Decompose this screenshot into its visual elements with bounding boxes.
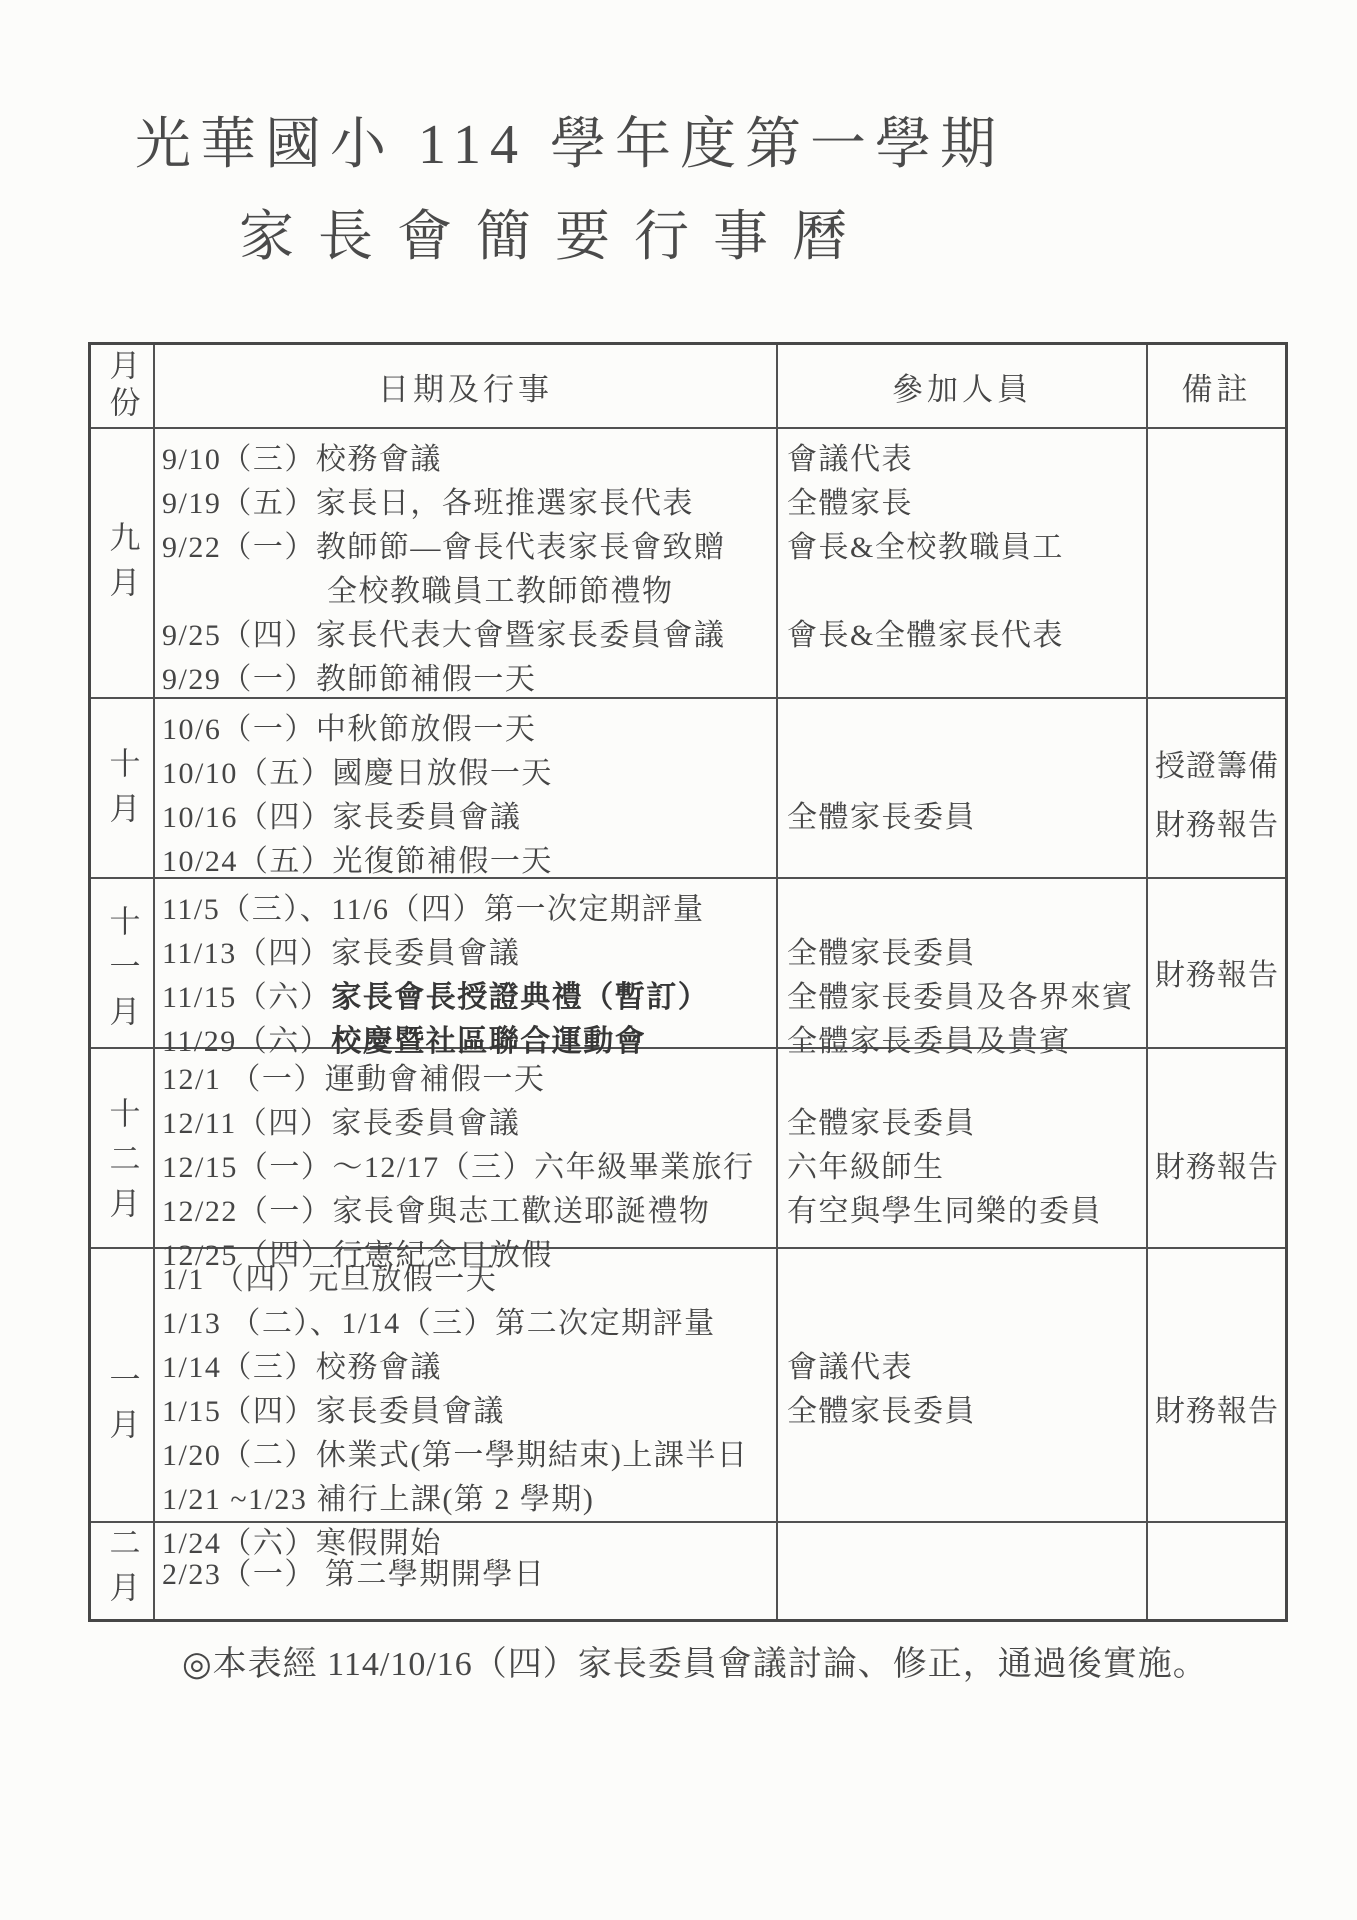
document-subtitle: 家長會簡要行事曆 xyxy=(155,192,955,271)
events-cell: 12/1 （一）運動會補假一天12/11（四）家長委員會議12/15（一）～12… xyxy=(153,1049,776,1279)
event-text: 9/10（三）校務會議 xyxy=(162,434,442,478)
events-cell: 1/1 （四）元旦放假一天1/13 （二）、1/14（三）第二次定期評量1/14… xyxy=(153,1249,776,1567)
event-line: 9/25（四）家長代表大會暨家長委員會議 xyxy=(155,610,776,654)
event-line: 1/13 （二）、1/14（三）第二次定期評量 xyxy=(155,1298,776,1342)
table-row: 十二月12/1 （一）運動會補假一天12/11（四）家長委員會議12/15（一）… xyxy=(91,1047,1285,1247)
event-line: 1/14（三）校務會議 xyxy=(155,1342,776,1386)
participant-line: 全體家長委員 xyxy=(778,928,1146,972)
event-text: 9/19（五）家長日，各班推選家長代表 xyxy=(162,478,694,522)
participant-line xyxy=(778,1254,1146,1298)
header-participants: 參加人員 xyxy=(776,345,1146,427)
month-cell: 九月 xyxy=(91,429,153,703)
remark-line: 財務報告 xyxy=(1155,800,1279,844)
scanned-document-page: 光華國小 114 學年度第一學期 家長會簡要行事曆 月份 日期及行事 參加人員 … xyxy=(0,0,1357,1920)
event-line: 2/23（一） 第二學期開學日 xyxy=(155,1528,776,1614)
header-remarks: 備註 xyxy=(1146,345,1285,427)
month-label: 九月 xyxy=(100,521,145,611)
events-cell: 11/5（三）、11/6（四）第一次定期評量11/13（四）家長委員會議11/1… xyxy=(153,879,776,1065)
event-text: 11/15（六） xyxy=(162,972,331,1016)
events-cell: 2/23（一） 第二學期開學日 xyxy=(153,1523,776,1619)
table-row: 九月9/10（三）校務會議9/19（五）家長日，各班推選家長代表9/22（一）教… xyxy=(91,427,1285,697)
event-line: 1/21 ~1/23 補行上課(第 2 學期) xyxy=(155,1474,776,1518)
participant-line: 會長&全校教職員工 xyxy=(778,522,1146,566)
month-cell: 一月 xyxy=(91,1249,153,1567)
remark-line: 財務報告 xyxy=(1155,1142,1279,1186)
participant-line xyxy=(778,654,1146,698)
calendar-table: 月份 日期及行事 參加人員 備註 九月9/10（三）校務會議9/19（五）家長日… xyxy=(88,342,1288,1622)
participants-cell: 全體家長委員 xyxy=(776,699,1146,885)
month-cell: 十月 xyxy=(91,699,153,885)
participant-line: 全體家長委員 xyxy=(778,1386,1146,1430)
remarks-cell: 財務報告 xyxy=(1146,879,1285,1065)
event-line: 9/10（三）校務會議 xyxy=(155,434,776,478)
event-text: 2/23（一） 第二學期開學日 xyxy=(162,1549,545,1593)
document-title: 光華國小 114 學年度第一學期 xyxy=(110,100,1030,180)
participant-line xyxy=(778,1298,1146,1342)
remarks-cell: 財務報告 xyxy=(1146,1249,1285,1567)
participant-line: 全體家長委員及各界來賓 xyxy=(778,972,1146,1016)
participant-line xyxy=(778,1430,1146,1474)
event-line: 11/5（三）、11/6（四）第一次定期評量 xyxy=(155,884,776,928)
month-label: 二月 xyxy=(100,1526,145,1616)
event-text-bold: 家長會長授證典禮（暫訂） xyxy=(331,972,709,1016)
event-text: 10/24（五）光復節補假一天 xyxy=(162,836,553,880)
remarks-cell xyxy=(1146,1523,1285,1619)
event-line: 12/11（四）家長委員會議 xyxy=(155,1098,776,1142)
event-text: 1/15（四）家長委員會議 xyxy=(162,1386,505,1430)
event-line: 1/20（二）休業式(第一學期結束)上課半日 xyxy=(155,1430,776,1474)
event-line: 11/15（六）家長會長授證典禮（暫訂） xyxy=(155,972,776,1016)
table-row: 一月1/1 （四）元旦放假一天1/13 （二）、1/14（三）第二次定期評量1/… xyxy=(91,1247,1285,1521)
event-line: 12/1 （一）運動會補假一天 xyxy=(155,1054,776,1098)
header-month: 月份 xyxy=(91,345,153,427)
remarks-cell: 財務報告 xyxy=(1146,1049,1285,1279)
event-line: 9/22（一）教師節—會長代表家長會致贈 xyxy=(155,522,776,566)
event-text: 10/6（一）中秋節放假一天 xyxy=(162,704,536,748)
participants-cell: 全體家長委員全體家長委員及各界來賓全體家長委員及貴賓 xyxy=(776,879,1146,1065)
event-text: 10/16（四）家長委員會議 xyxy=(162,792,521,836)
participants-cell: 全體家長委員六年級師生有空與學生同樂的委員 xyxy=(776,1049,1146,1279)
event-line: 12/22（一）家長會與志工歡送耶誕禮物 xyxy=(155,1186,776,1230)
event-text: 11/5（三）、11/6（四）第一次定期評量 xyxy=(162,884,704,928)
event-text: 12/11（四）家長委員會議 xyxy=(162,1098,520,1142)
table-header-row: 月份 日期及行事 參加人員 備註 xyxy=(91,345,1285,427)
events-cell: 9/10（三）校務會議9/19（五）家長日，各班推選家長代表9/22（一）教師節… xyxy=(153,429,776,703)
events-cell: 10/6（一）中秋節放假一天10/10（五）國慶日放假一天10/16（四）家長委… xyxy=(153,699,776,885)
event-line: 9/29（一）教師節補假一天 xyxy=(155,654,776,698)
table-row: 二月2/23（一） 第二學期開學日 xyxy=(91,1521,1285,1619)
event-line: 12/15（一）～12/17（三）六年級畢業旅行 xyxy=(155,1142,776,1186)
month-cell: 十一月 xyxy=(91,879,153,1065)
event-text: 9/25（四）家長代表大會暨家長委員會議 xyxy=(162,610,725,654)
event-text: 1/1 （四）元旦放假一天 xyxy=(162,1254,497,1298)
event-text: 1/13 （二）、1/14（三）第二次定期評量 xyxy=(162,1298,716,1342)
participant-line xyxy=(778,566,1146,610)
participants-cell: 會議代表全體家長委員 xyxy=(776,1249,1146,1567)
participant-line xyxy=(778,1054,1146,1098)
event-text: 全校教職員工教師節禮物 xyxy=(327,566,674,610)
event-text: 1/20（二）休業式(第一學期結束)上課半日 xyxy=(162,1430,748,1474)
event-line: 1/1 （四）元旦放假一天 xyxy=(155,1254,776,1298)
event-text: 12/1 （一）運動會補假一天 xyxy=(162,1054,545,1098)
event-line: 1/15（四）家長委員會議 xyxy=(155,1386,776,1430)
participants-cell xyxy=(776,1523,1146,1619)
event-text: 12/22（一）家長會與志工歡送耶誕禮物 xyxy=(162,1186,710,1230)
remark-line: 財務報告 xyxy=(1155,950,1279,994)
month-label: 十月 xyxy=(100,747,145,837)
event-text: 11/13（四）家長委員會議 xyxy=(162,928,520,972)
participants-cell: 會議代表全體家長會長&全校教職員工會長&全體家長代表 xyxy=(776,429,1146,703)
month-label: 十一月 xyxy=(100,905,145,1040)
event-line: 全校教職員工教師節禮物 xyxy=(155,566,776,610)
header-events: 日期及行事 xyxy=(153,345,776,427)
remarks-cell: 授證籌備財務報告 xyxy=(1146,699,1285,885)
remark-line: 授證籌備 xyxy=(1155,741,1279,785)
month-label: 一月 xyxy=(100,1363,145,1453)
event-text: 9/29（一）教師節補假一天 xyxy=(162,654,536,698)
event-text: 1/14（三）校務會議 xyxy=(162,1342,442,1386)
event-line: 10/6（一）中秋節放假一天 xyxy=(155,704,776,748)
participant-line xyxy=(778,704,1146,748)
participant-line: 會議代表 xyxy=(778,1342,1146,1386)
month-cell: 二月 xyxy=(91,1523,153,1619)
participant-line: 全體家長委員 xyxy=(778,792,1146,836)
month-cell: 十二月 xyxy=(91,1049,153,1279)
remarks-cell xyxy=(1146,429,1285,703)
event-line: 11/13（四）家長委員會議 xyxy=(155,928,776,972)
participant-line: 全體家長委員 xyxy=(778,1098,1146,1142)
participant-line xyxy=(778,1528,1146,1614)
event-text: 10/10（五）國慶日放假一天 xyxy=(162,748,553,792)
month-label: 十二月 xyxy=(100,1097,145,1232)
participant-line xyxy=(778,836,1146,880)
footer-note: ◎本表經 114/10/16（四）家長委員會議討論、修正，通過後實施。 xyxy=(182,1636,1208,1685)
participant-line xyxy=(778,748,1146,792)
remark-line: 財務報告 xyxy=(1155,1386,1279,1430)
table-row: 十一月11/5（三）、11/6（四）第一次定期評量11/13（四）家長委員會議1… xyxy=(91,877,1285,1047)
event-text: 9/22（一）教師節—會長代表家長會致贈 xyxy=(162,522,725,566)
event-line: 10/24（五）光復節補假一天 xyxy=(155,836,776,880)
participant-line: 會議代表 xyxy=(778,434,1146,478)
header-month-label: 月份 xyxy=(100,349,145,423)
event-text: 12/15（一）～12/17（三）六年級畢業旅行 xyxy=(162,1142,755,1186)
participant-line: 有空與學生同樂的委員 xyxy=(778,1186,1146,1230)
participant-line: 六年級師生 xyxy=(778,1142,1146,1186)
participant-line xyxy=(778,884,1146,928)
participant-line xyxy=(778,1474,1146,1518)
participant-line: 會長&全體家長代表 xyxy=(778,610,1146,654)
event-line: 10/10（五）國慶日放假一天 xyxy=(155,748,776,792)
table-row: 十月10/6（一）中秋節放假一天10/10（五）國慶日放假一天10/16（四）家… xyxy=(91,697,1285,877)
event-line: 10/16（四）家長委員會議 xyxy=(155,792,776,836)
event-line: 9/19（五）家長日，各班推選家長代表 xyxy=(155,478,776,522)
event-text: 1/21 ~1/23 補行上課(第 2 學期) xyxy=(162,1474,594,1518)
participant-line: 全體家長 xyxy=(778,478,1146,522)
